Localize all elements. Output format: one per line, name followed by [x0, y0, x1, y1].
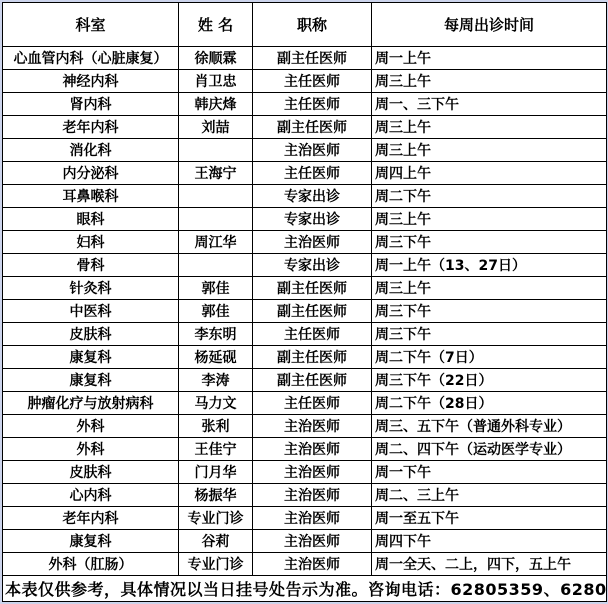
clinic-time-cell: 周一上午（13、27日）: [372, 254, 607, 277]
table-row: 肾内科 韩庆烽 主任医师 周一、三下午: [3, 93, 607, 116]
doctor-name-cell: 王海宁: [179, 162, 253, 185]
clinic-time-cell: 周三下午: [372, 323, 607, 346]
footer-note: 本表仅供参考，具体情况以当日挂号处告示为准。咨询电话：62805359、6280…: [3, 576, 607, 602]
doctor-name-cell: 杨延砚: [179, 346, 253, 369]
table-row: 耳鼻喉科 专家出诊 周二下午: [3, 185, 607, 208]
clinic-time-cell: 周三上午: [372, 277, 607, 300]
table-row: 外科 王佳宁 主治医师 周二、四下午（运动医学专业）: [3, 438, 607, 461]
clinic-time-cell: 周三下午（22日）: [372, 369, 607, 392]
doctor-name-cell: [179, 254, 253, 277]
doctor-name-cell: 李涛: [179, 369, 253, 392]
clinic-time-cell: 周四上午: [372, 162, 607, 185]
clinic-schedule-table: 科室 姓 名 职称 每周出诊时间 心血管内科（心脏康复） 徐顺霖 副主任医师 周…: [2, 2, 607, 602]
header-name: 姓 名: [179, 3, 253, 47]
department-cell: 内分泌科: [3, 162, 179, 185]
header-weekly-time: 每周出诊时间: [372, 3, 607, 47]
job-title-cell: 主治医师: [253, 553, 372, 576]
department-cell: 眼科: [3, 208, 179, 231]
job-title-cell: 主任医师: [253, 70, 372, 93]
department-cell: 消化科: [3, 139, 179, 162]
table-row: 心血管内科（心脏康复） 徐顺霖 副主任医师 周一上午: [3, 47, 607, 70]
table-row: 老年内科 专业门诊 主治医师 周一至五下午: [3, 507, 607, 530]
doctor-name-cell: [179, 185, 253, 208]
department-cell: 老年内科: [3, 116, 179, 139]
job-title-cell: 主任医师: [253, 323, 372, 346]
doctor-name-cell: 张利: [179, 415, 253, 438]
table-row: 神经内科 肖卫忠 主任医师 周三上午: [3, 70, 607, 93]
job-title-cell: 专家出诊: [253, 185, 372, 208]
job-title-cell: 副主任医师: [253, 277, 372, 300]
table-row: 康复科 谷莉 主治医师 周四下午: [3, 530, 607, 553]
department-cell: 皮肤科: [3, 461, 179, 484]
job-title-cell: 主治医师: [253, 507, 372, 530]
job-title-cell: 主治医师: [253, 415, 372, 438]
job-title-cell: 主治医师: [253, 231, 372, 254]
job-title-cell: 专家出诊: [253, 254, 372, 277]
doctor-name-cell: 专业门诊: [179, 507, 253, 530]
department-cell: 康复科: [3, 369, 179, 392]
department-cell: 老年内科: [3, 507, 179, 530]
department-cell: 妇科: [3, 231, 179, 254]
job-title-cell: 专家出诊: [253, 208, 372, 231]
clinic-time-cell: 周三上午: [372, 116, 607, 139]
doctor-name-cell: 刘喆: [179, 116, 253, 139]
department-cell: 神经内科: [3, 70, 179, 93]
job-title-cell: 副主任医师: [253, 300, 372, 323]
table-row: 骨科 专家出诊 周一上午（13、27日）: [3, 254, 607, 277]
doctor-name-cell: 周江华: [179, 231, 253, 254]
doctor-name-cell: 谷莉: [179, 530, 253, 553]
doctor-name-cell: 郭佳: [179, 277, 253, 300]
table-row: 外科（肛肠） 专业门诊 主治医师 周一全天、二上，四下，五上午: [3, 553, 607, 576]
department-cell: 外科: [3, 415, 179, 438]
clinic-time-cell: 周一、三下午: [372, 93, 607, 116]
job-title-cell: 主治医师: [253, 461, 372, 484]
clinic-time-cell: 周四下午: [372, 530, 607, 553]
job-title-cell: 副主任医师: [253, 346, 372, 369]
doctor-name-cell: [179, 208, 253, 231]
clinic-time-cell: 周三上午: [372, 70, 607, 93]
doctor-name-cell: [179, 139, 253, 162]
clinic-time-cell: 周三、五下午（普通外科专业）: [372, 415, 607, 438]
table-row: 消化科 主治医师 周三上午: [3, 139, 607, 162]
doctor-name-cell: 门月华: [179, 461, 253, 484]
job-title-cell: 副主任医师: [253, 47, 372, 70]
clinic-time-cell: 周二下午（28日）: [372, 392, 607, 415]
job-title-cell: 主治医师: [253, 438, 372, 461]
table-row: 针灸科 郭佳 副主任医师 周三上午: [3, 277, 607, 300]
job-title-cell: 主治医师: [253, 139, 372, 162]
table-row: 皮肤科 李东明 主任医师 周三下午: [3, 323, 607, 346]
department-cell: 心内科: [3, 484, 179, 507]
job-title-cell: 主治医师: [253, 530, 372, 553]
doctor-name-cell: 郭佳: [179, 300, 253, 323]
header-department: 科室: [3, 3, 179, 47]
doctor-name-cell: 专业门诊: [179, 553, 253, 576]
table-row: 肿瘤化疗与放射病科 马力文 主任医师 周二下午（28日）: [3, 392, 607, 415]
doctor-name-cell: 李东明: [179, 323, 253, 346]
clinic-time-cell: 周二下午（7日）: [372, 346, 607, 369]
table-row: 外科 张利 主治医师 周三、五下午（普通外科专业）: [3, 415, 607, 438]
clinic-schedule-page: 科室 姓 名 职称 每周出诊时间 心血管内科（心脏康复） 徐顺霖 副主任医师 周…: [0, 0, 608, 604]
department-cell: 外科: [3, 438, 179, 461]
table-row: 妇科 周江华 主治医师 周三下午: [3, 231, 607, 254]
clinic-time-cell: 周二、四下午（运动医学专业）: [372, 438, 607, 461]
table-header-row: 科室 姓 名 职称 每周出诊时间: [3, 3, 607, 47]
clinic-time-cell: 周三上午: [372, 139, 607, 162]
job-title-cell: 副主任医师: [253, 116, 372, 139]
clinic-time-cell: 周一全天、二上，四下，五上午: [372, 553, 607, 576]
doctor-name-cell: 韩庆烽: [179, 93, 253, 116]
department-cell: 心血管内科（心脏康复）: [3, 47, 179, 70]
job-title-cell: 主任医师: [253, 93, 372, 116]
table-row: 老年内科 刘喆 副主任医师 周三上午: [3, 116, 607, 139]
header-title: 职称: [253, 3, 372, 47]
department-cell: 针灸科: [3, 277, 179, 300]
clinic-time-cell: 周三下午: [372, 231, 607, 254]
department-cell: 耳鼻喉科: [3, 185, 179, 208]
department-cell: 外科（肛肠）: [3, 553, 179, 576]
job-title-cell: 主任医师: [253, 392, 372, 415]
table-row: 中医科 郭佳 副主任医师 周三下午: [3, 300, 607, 323]
department-cell: 肾内科: [3, 93, 179, 116]
department-cell: 骨科: [3, 254, 179, 277]
clinic-time-cell: 周二、三上午: [372, 484, 607, 507]
table-footer-row: 本表仅供参考，具体情况以当日挂号处告示为准。咨询电话：62805359、6280…: [3, 576, 607, 602]
doctor-name-cell: 马力文: [179, 392, 253, 415]
table-row: 康复科 杨延砚 副主任医师 周二下午（7日）: [3, 346, 607, 369]
schedule-body: 心血管内科（心脏康复） 徐顺霖 副主任医师 周一上午 神经内科 肖卫忠 主任医师…: [3, 47, 607, 576]
department-cell: 康复科: [3, 346, 179, 369]
table-row: 康复科 李涛 副主任医师 周三下午（22日）: [3, 369, 607, 392]
doctor-name-cell: 王佳宁: [179, 438, 253, 461]
job-title-cell: 副主任医师: [253, 369, 372, 392]
clinic-time-cell: 周一下午: [372, 461, 607, 484]
clinic-time-cell: 周三上午: [372, 208, 607, 231]
job-title-cell: 主治医师: [253, 484, 372, 507]
department-cell: 皮肤科: [3, 323, 179, 346]
table-row: 内分泌科 王海宁 主任医师 周四上午: [3, 162, 607, 185]
clinic-time-cell: 周一上午: [372, 47, 607, 70]
department-cell: 中医科: [3, 300, 179, 323]
job-title-cell: 主任医师: [253, 162, 372, 185]
clinic-time-cell: 周一至五下午: [372, 507, 607, 530]
department-cell: 肿瘤化疗与放射病科: [3, 392, 179, 415]
department-cell: 康复科: [3, 530, 179, 553]
clinic-time-cell: 周二下午: [372, 185, 607, 208]
doctor-name-cell: 肖卫忠: [179, 70, 253, 93]
clinic-time-cell: 周三下午: [372, 300, 607, 323]
doctor-name-cell: 徐顺霖: [179, 47, 253, 70]
table-row: 皮肤科 门月华 主治医师 周一下午: [3, 461, 607, 484]
table-row: 心内科 杨振华 主治医师 周二、三上午: [3, 484, 607, 507]
table-row: 眼科 专家出诊 周三上午: [3, 208, 607, 231]
doctor-name-cell: 杨振华: [179, 484, 253, 507]
